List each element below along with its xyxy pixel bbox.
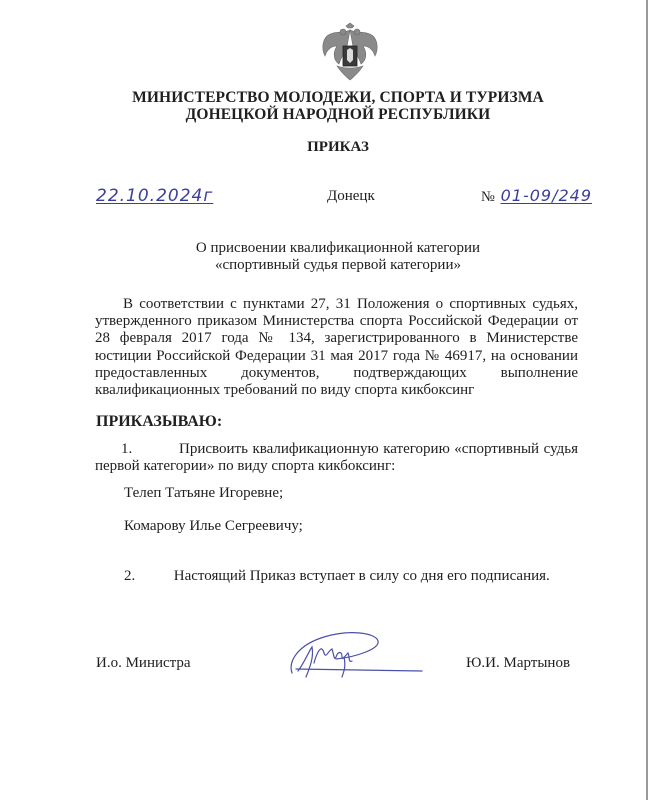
item-index: 1.	[121, 441, 179, 458]
preamble-paragraph: В соответствии с пунктами 27, 31 Положен…	[95, 296, 578, 399]
command-heading: ПРИКАЗЫВАЮ:	[96, 413, 222, 431]
order-item-1: 1. Присвоить квалификационную категорию …	[95, 441, 578, 475]
recipient-name: Телеп Татьяне Игоревне;	[124, 485, 283, 502]
eagle-emblem-icon	[313, 22, 387, 86]
order-number: № 01-09/249	[481, 186, 592, 206]
item1-text-line1: Присвоить квалификационную категорию «сп…	[179, 441, 578, 458]
order-subject: О присвоении квалификационной категории …	[14, 240, 648, 274]
subject-line2: «спортивный судья первой категории»	[14, 257, 648, 274]
order-number-value: 01-09/249	[501, 186, 592, 205]
signatory-role: И.о. Министра	[96, 655, 191, 672]
subject-line1: О присвоении квалификационной категории	[14, 240, 648, 257]
ministry-name-line2: ДОНЕЦКОЙ НАРОДНОЙ РЕСПУБЛИКИ	[14, 106, 648, 124]
handwritten-signature-icon	[284, 627, 424, 683]
number-sign: №	[481, 189, 495, 205]
document-title: ПРИКАЗ	[14, 139, 648, 156]
ministry-name-line1: МИНИСТЕРСТВО МОЛОДЕЖИ, СПОРТА И ТУРИЗМА	[14, 89, 648, 107]
order-city: Донецк	[327, 188, 375, 205]
signatory-name: Ю.И. Мартынов	[466, 655, 570, 672]
recipient-name: Комарову Илье Сегреевичу;	[124, 518, 303, 535]
item1-text-line2: первой категории» по виду спорта кикбокс…	[95, 458, 578, 475]
item-index: 2.	[124, 568, 170, 585]
preamble-text: В соответствии с пунктами 27, 31 Положен…	[95, 296, 578, 399]
item1-first-line: 1. Присвоить квалификационную категорию …	[95, 441, 578, 458]
item2-text: Настоящий Приказ вступает в силу со дня …	[174, 568, 550, 584]
order-date: 22.10.2024г	[96, 186, 213, 206]
order-item-2: 2. Настоящий Приказ вступает в силу со д…	[124, 568, 550, 585]
